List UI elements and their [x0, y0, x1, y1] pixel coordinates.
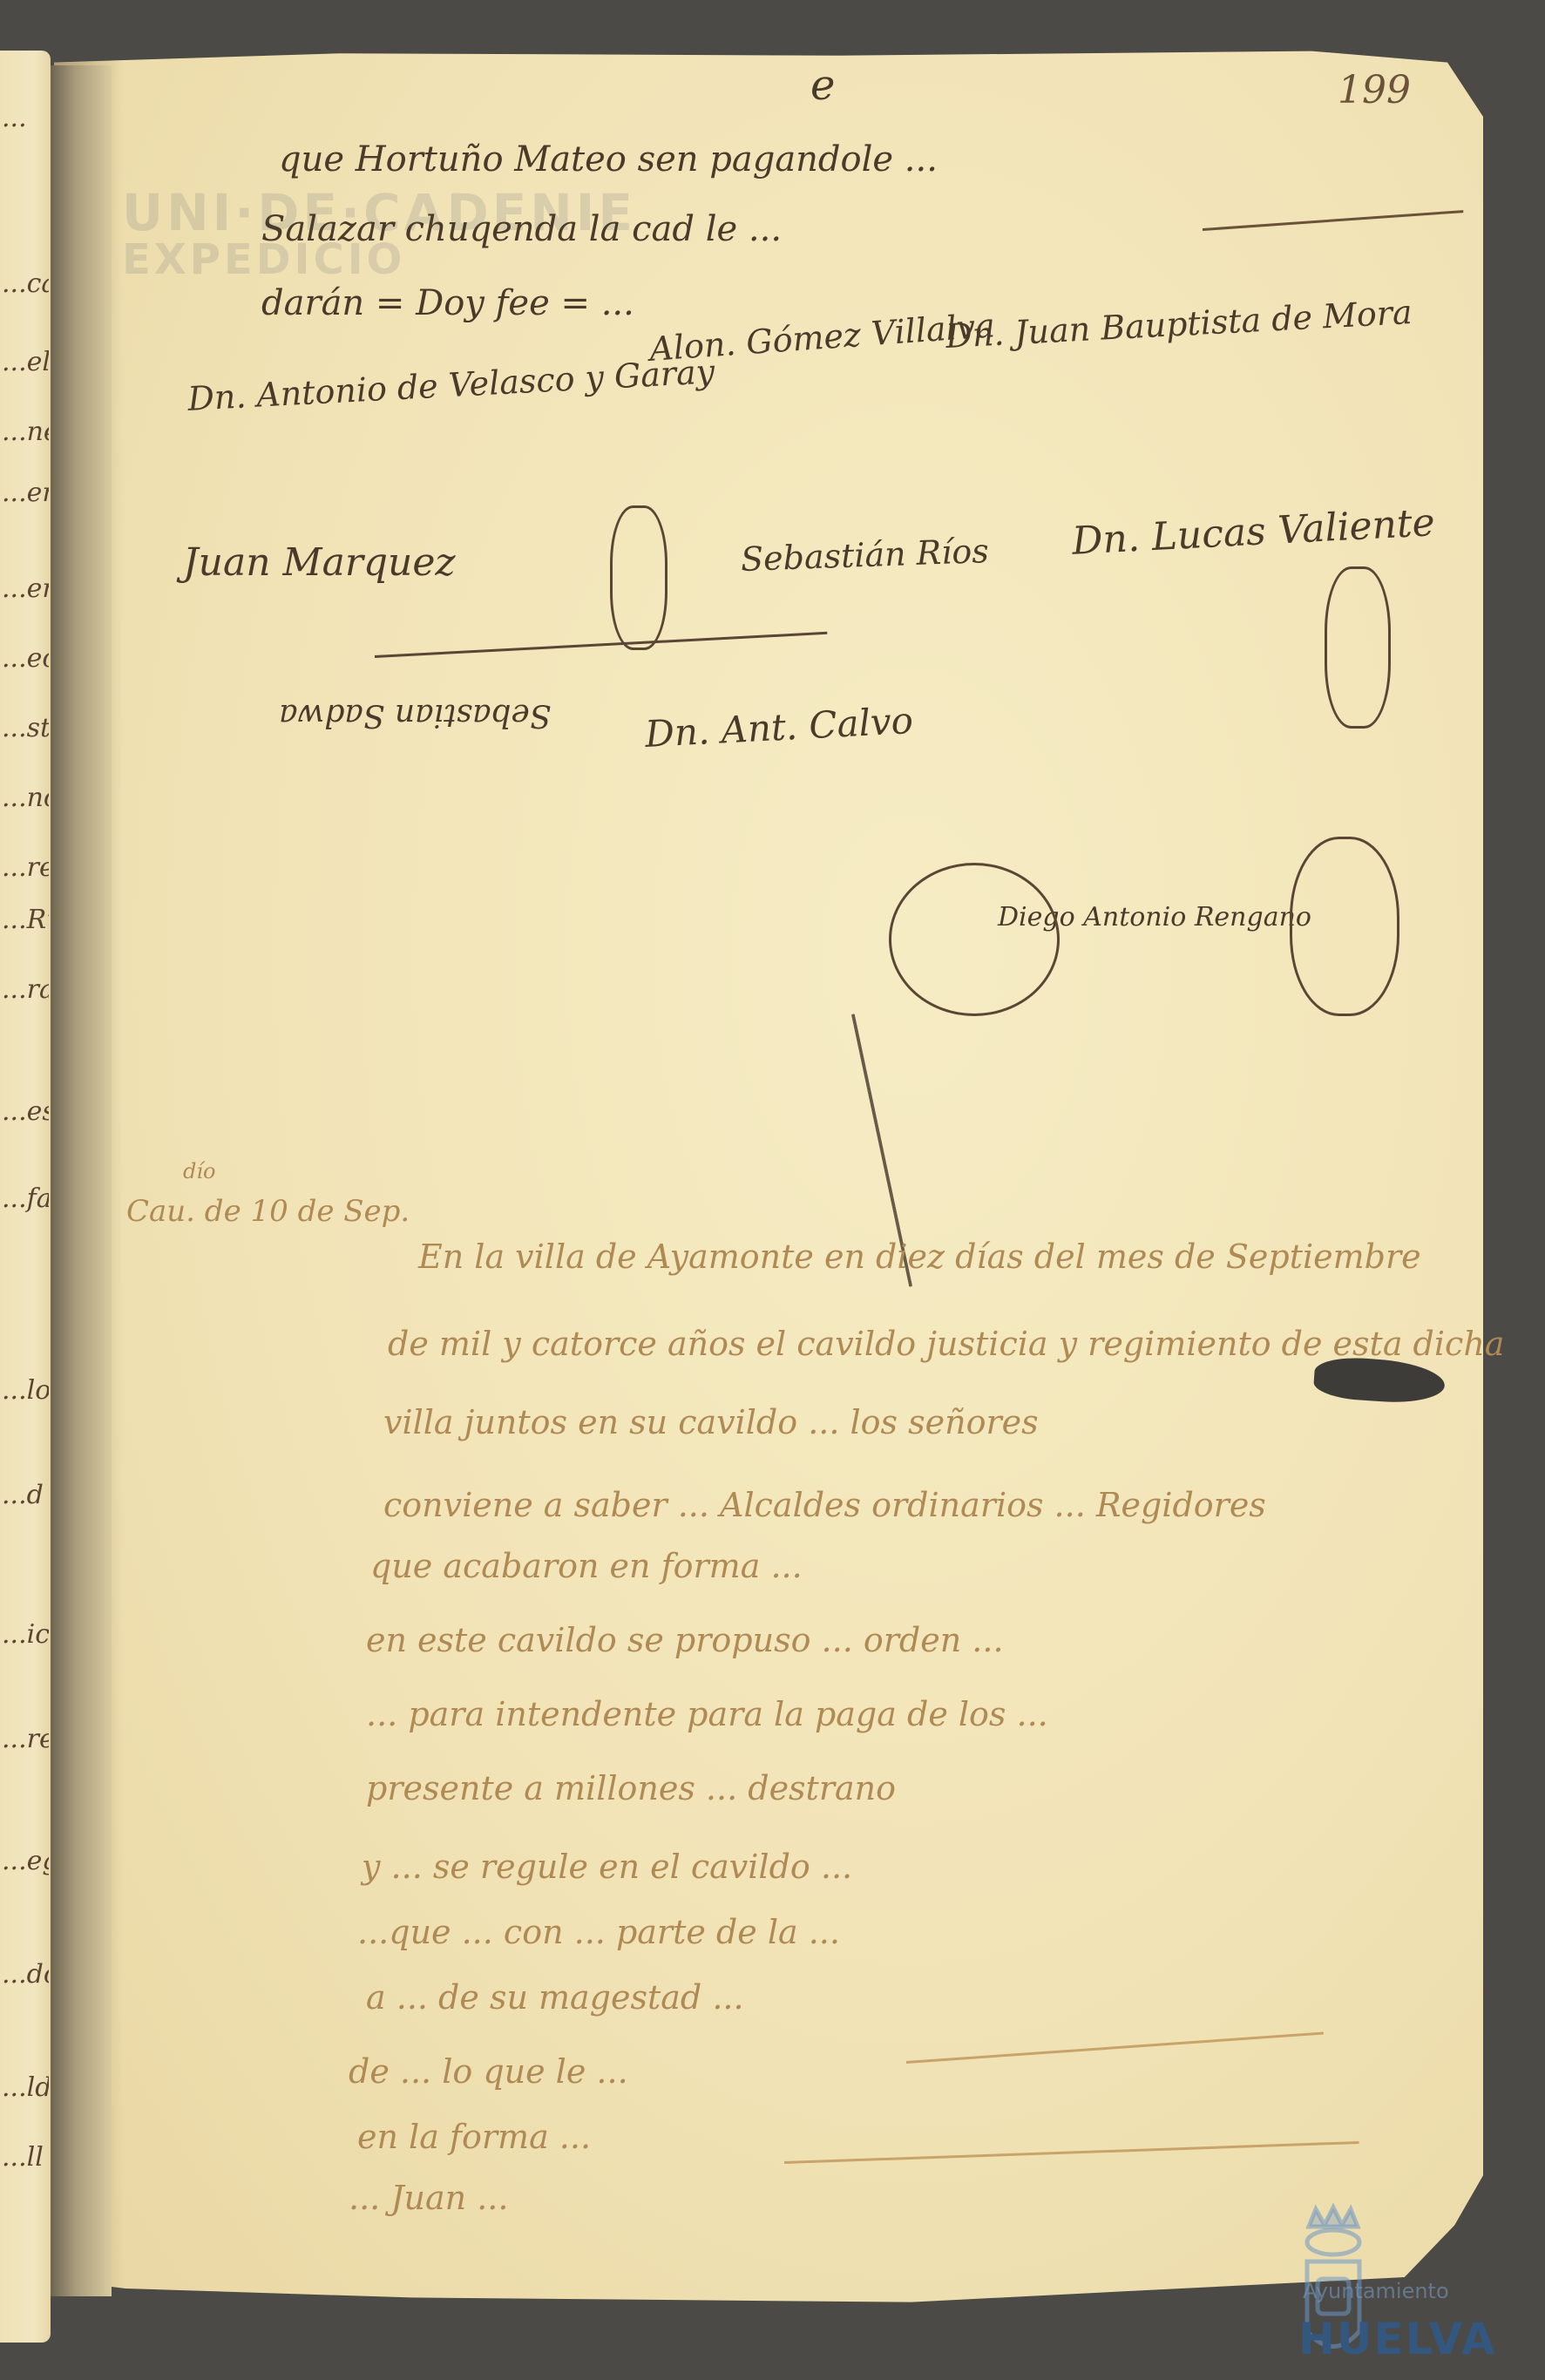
left-page-fragment: ...cad — [2, 268, 49, 299]
body-line: de mil y catorce años el cavildo justici… — [388, 1325, 1504, 1363]
left-page-fragment: ...res — [2, 1724, 49, 1754]
signature-rubric — [610, 505, 667, 650]
left-page-fragment: ... — [2, 103, 49, 133]
margin-note-superscript: dío — [183, 1159, 216, 1183]
body-line: ...que ... con ... parte de la ... — [357, 1913, 840, 1951]
margin-note: Cau. de 10 de Sep. — [126, 1194, 410, 1229]
signature-rubric — [1290, 837, 1399, 1016]
inverted-signature: Sebastian Sadwa — [279, 697, 551, 733]
signature-rubric — [1325, 566, 1391, 729]
body-line: de ... lo que le ... — [349, 2052, 628, 2091]
left-page-fragment: ...lo — [2, 1375, 49, 1406]
left-page-fragment: ...end — [2, 478, 49, 508]
watermark-city: HUELVA — [1298, 2314, 1497, 2364]
body-line: en la forma ... — [357, 2118, 591, 2156]
body-line: y ... se regule en el cavildo ... — [362, 1848, 852, 1886]
header-line: darán = Doy fee = ... — [261, 283, 634, 323]
left-page-fragment: ...eg — [2, 1846, 49, 1876]
left-page-fragment: ...no he — [2, 783, 49, 813]
left-page-fragment: ...ice — [2, 1619, 49, 1650]
left-page-fragment: ...ld — [2, 2072, 49, 2103]
left-page-fragment: ...d — [2, 1480, 49, 1510]
left-page-fragment: ...esf — [2, 1096, 49, 1127]
body-line: en este cavildo se propuso ... orden ... — [366, 1621, 1004, 1659]
left-page-fragment: ...eltri — [2, 347, 49, 377]
body-line: En la villa de Ayamonte en diez días del… — [418, 1237, 1421, 1276]
signature: Juan Marquez — [183, 540, 456, 585]
watermark-label: Ayuntamiento — [1303, 2279, 1449, 2303]
left-page-fragment: ...nes — [2, 417, 49, 447]
left-page-fragment: ...eceg — [2, 643, 49, 674]
header-line: que Hortuño Mateo sen pagandole ... — [279, 139, 938, 180]
left-page-fragment: ...ll — [2, 2142, 49, 2173]
header-line: Salazar chuqenda la cad le ... — [261, 209, 782, 249]
body-line: a ... de su magestad ... — [366, 1978, 744, 2017]
left-page-fragment: ...fal — [2, 1183, 49, 1214]
body-line: ... para intendente para la paga de los … — [366, 1695, 1048, 1733]
top-mark: e — [810, 61, 835, 110]
left-page-fragment: ...ste — [2, 713, 49, 743]
body-line: villa juntos en su cavildo ... los señor… — [383, 1403, 1039, 1441]
body-line: presente a millones ... destrano — [366, 1769, 896, 1807]
left-page-fragment: ...ram — [2, 974, 49, 1005]
left-page-fragment: ...rend — [2, 852, 49, 883]
body-line: ... Juan ... — [349, 2179, 508, 2217]
body-line: que acabaron en forma ... — [370, 1547, 803, 1585]
adjacent-page-edge: ... ...cad ...eltri ...nes ...end ...ene… — [0, 51, 51, 2343]
left-page-fragment: ...Rueb — [2, 905, 49, 935]
binding-gutter — [51, 65, 112, 2296]
body-line: conviene a saber ... Alcaldes ordinarios… — [383, 1486, 1266, 1524]
left-page-fragment: ...enes — [2, 573, 49, 604]
left-page-fragment: ...do — [2, 1959, 49, 1990]
folio-number: 199 — [1338, 68, 1411, 112]
signature-rubric — [889, 863, 1060, 1016]
